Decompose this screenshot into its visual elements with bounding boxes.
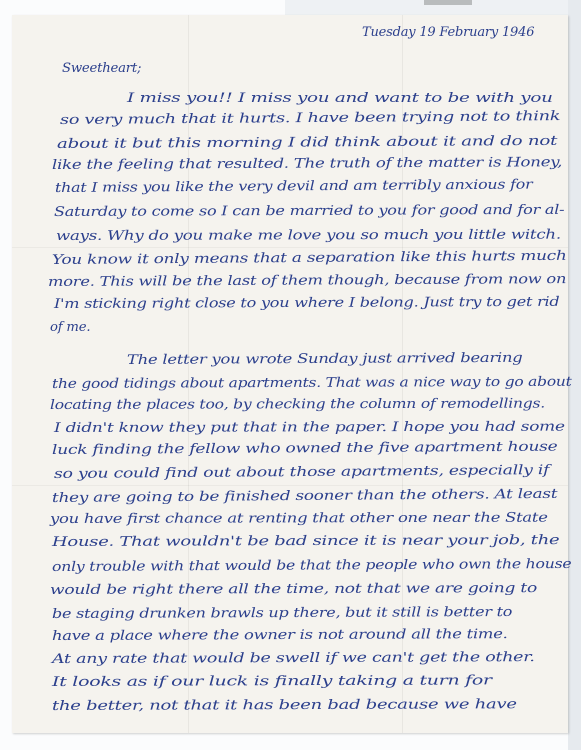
letter-line: more. This will be the last of them thou… (48, 272, 566, 290)
letter-line: so you could find out about those apartm… (54, 463, 549, 482)
letter-line: like the feeling that resulted. The trut… (52, 155, 562, 173)
letter-line: of me. (50, 320, 90, 335)
letter-line: You know it only means that a separation… (52, 249, 567, 268)
letter-line: It looks as if our luck is finally takin… (52, 673, 492, 690)
letter-line: I miss you!! I miss you and want to be w… (127, 91, 553, 106)
letter-line: luck finding the fellow who owned the fi… (52, 440, 558, 458)
letter-line: the good tidings about apartments. That … (52, 375, 572, 392)
salutation: Sweetheart; (62, 61, 141, 76)
fold-crease (12, 485, 568, 486)
letter-line: would be right there all the time, not t… (50, 581, 537, 598)
letter-line: I didn't know they put that in the paper… (54, 420, 565, 436)
letter-date: Tuesday 19 February 1946 (362, 25, 534, 40)
letter-line: about it but this morning I did think ab… (57, 134, 557, 152)
letter-line: At any rate that would be swell if we ca… (52, 650, 535, 667)
letter-page: Tuesday 19 February 1946 Sweetheart; I m… (12, 15, 568, 733)
letter-line: locating the places too, by checking the… (50, 397, 545, 413)
letter-line: you have first chance at renting that ot… (50, 511, 548, 527)
letter-line: The letter you wrote Sunday just arrived… (127, 351, 523, 368)
letter-line: Saturday to come so I can be married to … (54, 203, 564, 220)
letter-line: be staging drunken brawls up there, but … (52, 605, 512, 622)
scan-backing-tab (424, 0, 472, 5)
letter-line: the better, not that it has been bad bec… (52, 697, 517, 714)
letter-line: only trouble with that would be that the… (52, 557, 572, 575)
fold-crease (12, 247, 568, 248)
letter-line: House. That wouldn't be bad since it is … (52, 533, 559, 550)
letter-line: they are going to be finished sooner tha… (52, 487, 558, 506)
letter-line: ways. Why do you make me love you so muc… (56, 228, 561, 244)
letter-line: so very much that it hurts. I have been … (60, 109, 560, 128)
letter-line: have a place where the owner is not arou… (52, 627, 508, 644)
letter-line: I'm sticking right close to you where I … (54, 295, 560, 312)
letter-line: that I miss you like the very devil and … (55, 178, 533, 196)
